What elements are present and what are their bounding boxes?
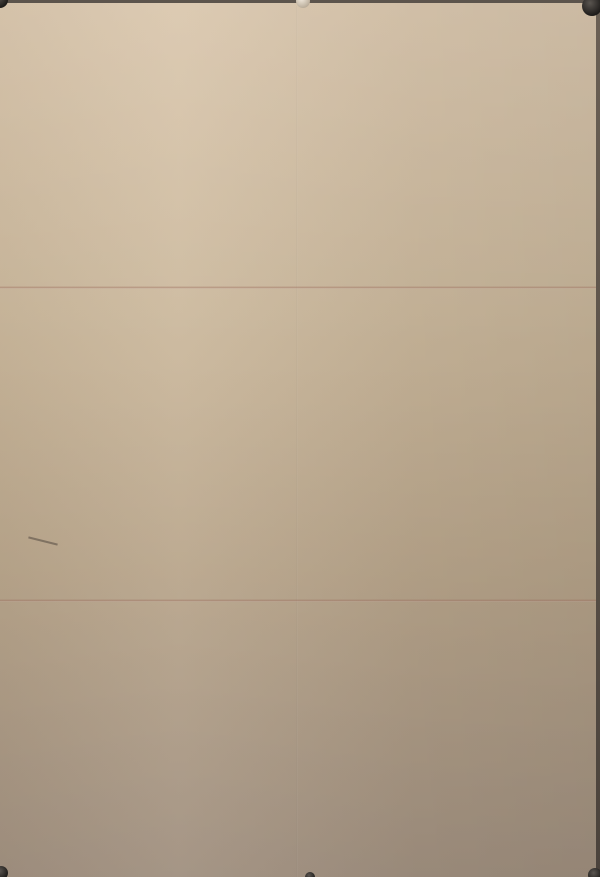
upper-fold-line bbox=[0, 286, 596, 289]
pin-bottom-right bbox=[588, 868, 600, 877]
vertical-crease bbox=[296, 6, 298, 877]
pin-top-right bbox=[582, 0, 600, 16]
pencil-mark bbox=[28, 536, 58, 545]
blank-paper-sheet bbox=[0, 3, 596, 877]
pin-bottom-center bbox=[305, 872, 315, 877]
wall-edge-right bbox=[596, 0, 600, 877]
lower-fold-line bbox=[0, 599, 596, 602]
